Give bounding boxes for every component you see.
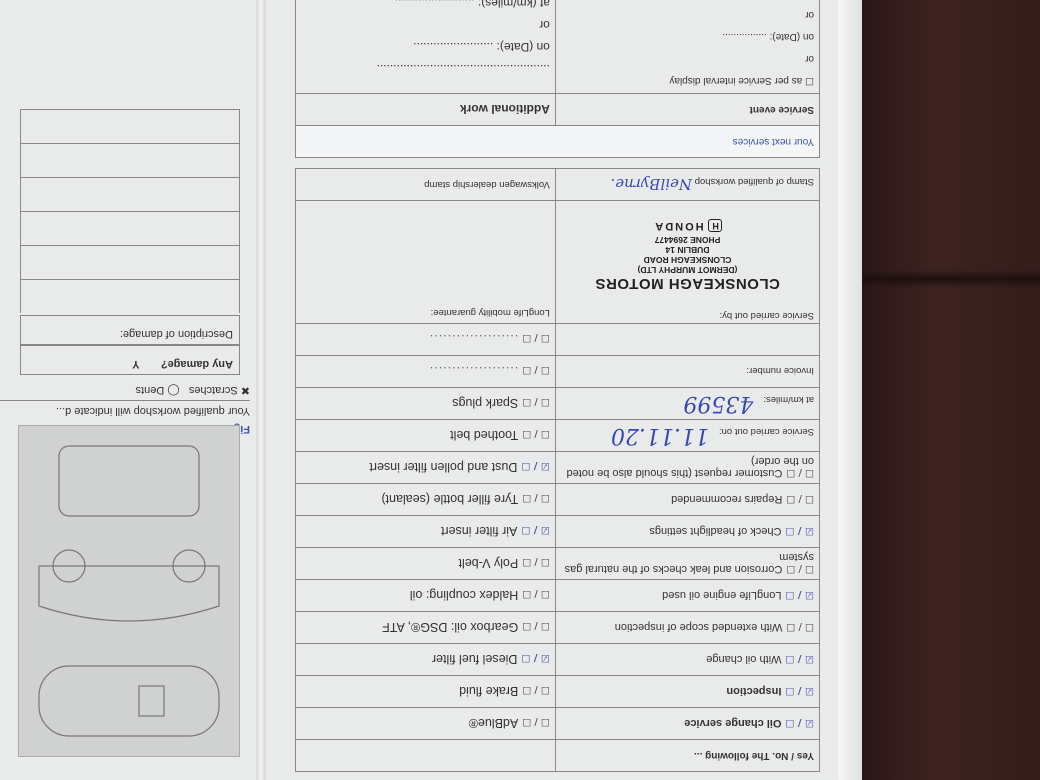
indicate-text: Your qualified workshop will indicate d.… xyxy=(0,405,250,417)
table-row: ☑ / ☐LongLife engine oil used☐ / ☐Haldex… xyxy=(296,580,820,612)
checkbox-icon[interactable]: ☐ / ☐ xyxy=(522,589,550,600)
item-label: Haldex coupling: oil xyxy=(410,589,518,603)
checked-box-icon[interactable]: ☑ / ☐ xyxy=(785,526,814,537)
checked-box-icon[interactable]: ☑ / ☐ xyxy=(521,461,550,472)
left-item-8[interactable]: ☐ / ☐Customer request (this should also … xyxy=(555,452,819,484)
item-label: Inspection xyxy=(726,686,781,698)
item-label: LongLife engine oil used xyxy=(662,590,781,602)
checked-box-icon[interactable]: ☑ / ☐ xyxy=(785,654,814,665)
checkbox-icon[interactable]: ☐ / ☐ xyxy=(522,717,550,728)
service-date-handwritten: 11.11.20 xyxy=(611,423,709,448)
right-item-4[interactable]: ☐ / ☐Haldex coupling: oil xyxy=(296,580,556,612)
table-row: ☑ / ☐Oil change service☐ / ☐AdBlue® xyxy=(296,708,820,740)
table-row: ☐ / ☐Corrosion and leak checks of the na… xyxy=(296,548,820,580)
toothed-belt-row[interactable]: ☐ / ☐Toothed belt xyxy=(296,420,556,452)
damage-description-lines[interactable] xyxy=(20,109,240,313)
item-label: Diesel fuel filter xyxy=(432,653,517,667)
checkbox-icon[interactable]: ☐ / ☐ xyxy=(522,621,550,632)
honda-logo-icon: H xyxy=(708,219,722,232)
right-item-7[interactable]: ☐ / ☐Tyre filler bottle (sealant) xyxy=(296,484,556,516)
stamp-label-right: Volkswagen dealership stamp xyxy=(296,169,556,201)
service-record-page: Yes / No. The following ... ☑ / ☐Oil cha… xyxy=(260,0,820,772)
item-label: Check of headlight settings xyxy=(649,526,781,538)
stamp-label-left: Stamp of qualified workshop NeilByrne. xyxy=(555,169,819,201)
checked-box-icon[interactable]: ☑ / ☐ xyxy=(785,686,814,697)
damage-report-page: Fig. 7Illustration valid for all vehicle… xyxy=(0,0,260,780)
legend-dents: ◯ Dents xyxy=(136,384,180,396)
car-outline-icon xyxy=(19,426,239,756)
left-item-1[interactable]: ☑ / ☐Inspection xyxy=(555,676,819,708)
checkbox-icon[interactable]: ☐ / ☐ xyxy=(786,622,814,633)
table-row: ☑ / ☐Check of headlight settings☑ / ☐Air… xyxy=(296,516,820,548)
left-item-3[interactable]: ☐ / ☐With extended scope of inspection xyxy=(555,612,819,644)
any-damage-row[interactable]: Any damage? Y xyxy=(20,345,240,375)
right-item-2[interactable]: ☑ / ☐Diesel fuel filter xyxy=(296,644,556,676)
item-label: Poly V-belt xyxy=(459,557,519,571)
next-services-title: Your next services xyxy=(296,126,820,158)
vehicle-diagram xyxy=(18,425,240,757)
service-event-fields[interactable]: ☐ as per Service interval displayoron (D… xyxy=(555,0,819,94)
right-item-8[interactable]: ☑ / ☐Dust and pollen filter insert xyxy=(296,452,556,484)
item-label: Gearbox oil: DSG®, ATF xyxy=(382,621,518,635)
item-label: Air filter insert xyxy=(441,525,517,539)
invoice-row: Invoice number: xyxy=(555,356,819,388)
left-item-5[interactable]: ☐ / ☐Corrosion and leak checks of the na… xyxy=(555,548,819,580)
left-item-6[interactable]: ☑ / ☐Check of headlight settings xyxy=(555,516,819,548)
item-label: With extended scope of inspection xyxy=(615,622,783,634)
table-header-right xyxy=(296,740,556,772)
table-row: ☐ / ☐Customer request (this should also … xyxy=(296,452,820,484)
table-row: ☐ / ☐With extended scope of inspection☐ … xyxy=(296,612,820,644)
service-table: Yes / No. The following ... ☑ / ☐Oil cha… xyxy=(295,0,820,772)
legend-scratches: ✖ Scratches xyxy=(189,384,250,396)
left-item-0[interactable]: ☑ / ☐Oil change service xyxy=(555,708,819,740)
additional-work-header: Additional work xyxy=(296,94,556,126)
workshop-stamp-cell: Service carried out by: CLONSKEAGH MOTOR… xyxy=(555,201,819,324)
table-row: ☑ / ☐Inspection☐ / ☐Brake fluid xyxy=(296,676,820,708)
right-item-0[interactable]: ☐ / ☐AdBlue® xyxy=(296,708,556,740)
checked-box-icon[interactable]: ☑ / ☐ xyxy=(785,718,814,729)
longlife-cell: LongLife mobility guarantee: xyxy=(296,201,556,324)
left-item-2[interactable]: ☑ / ☐With oil change xyxy=(555,644,819,676)
blank-row-1[interactable]: ☐ / ☐.................... xyxy=(296,356,556,388)
right-item-5[interactable]: ☐ / ☐Poly V-belt xyxy=(296,548,556,580)
leather-seat-background xyxy=(862,0,1040,780)
mileage-row: at km/miles:43599 xyxy=(555,388,819,420)
right-item-3[interactable]: ☐ / ☐Gearbox oil: DSG®, ATF xyxy=(296,612,556,644)
table-header-left: Yes / No. The following ... xyxy=(555,740,819,772)
checkbox-icon[interactable]: ☐ / ☐ xyxy=(522,493,550,504)
left-item-4[interactable]: ☑ / ☐LongLife engine oil used xyxy=(555,580,819,612)
checked-box-icon[interactable]: ☑ / ☐ xyxy=(785,590,814,601)
mileage-handwritten: 43599 xyxy=(683,391,753,416)
checked-box-icon[interactable]: ☑ / ☐ xyxy=(521,653,550,664)
blank-row-2[interactable]: ☐ / ☐.................... xyxy=(296,324,556,356)
service-date-row: Service carried out on:11.11.20 xyxy=(555,420,819,452)
checked-box-icon[interactable]: ☑ / ☐ xyxy=(521,525,550,536)
rotated-document: Yes / No. The following ... ☑ / ☐Oil cha… xyxy=(0,0,862,780)
description-of-damage-label: Description of damage: xyxy=(20,315,240,345)
item-label: Tyre filler bottle (sealant) xyxy=(381,493,518,507)
dealer-stamp: CLONSKEAGH MOTORS (DERMOT MURPHY LTD) CL… xyxy=(561,219,814,292)
item-label: With oil change xyxy=(706,654,781,666)
item-label: Corrosion and leak checks of the natural… xyxy=(565,552,814,576)
checkbox-icon[interactable]: ☐ / ☐ xyxy=(786,494,814,505)
item-label: AdBlue® xyxy=(469,717,519,731)
technician-signature: NeilByrne. xyxy=(610,176,692,194)
checkbox-icon[interactable]: ☐ / ☐ xyxy=(786,468,814,479)
item-label: Brake fluid xyxy=(459,685,518,699)
item-label: Oil change service xyxy=(684,718,781,730)
right-item-6[interactable]: ☑ / ☐Air filter insert xyxy=(296,516,556,548)
spark-plugs-row[interactable]: ☐ / ☐Spark plugs xyxy=(296,388,556,420)
checkbox-icon[interactable]: ☐ / ☐ xyxy=(786,564,814,575)
left-item-7[interactable]: ☐ / ☐Repairs recommended xyxy=(555,484,819,516)
right-item-1[interactable]: ☐ / ☐Brake fluid xyxy=(296,676,556,708)
item-label: Repairs recommended xyxy=(671,494,782,506)
service-event-header: Service event xyxy=(555,94,819,126)
additional-work-fields[interactable]: ........................................… xyxy=(296,0,556,94)
item-label: Dust and pollen filter insert xyxy=(369,461,517,475)
checkbox-icon[interactable]: ☐ / ☐ xyxy=(522,685,550,696)
item-label: Customer request (this should also be no… xyxy=(567,456,815,480)
table-row: ☑ / ☐With oil change☑ / ☐Diesel fuel fil… xyxy=(296,644,820,676)
checkbox-icon[interactable]: ☐ / ☐ xyxy=(522,557,550,568)
table-row: ☐ / ☐Repairs recommended☐ / ☐Tyre filler… xyxy=(296,484,820,516)
